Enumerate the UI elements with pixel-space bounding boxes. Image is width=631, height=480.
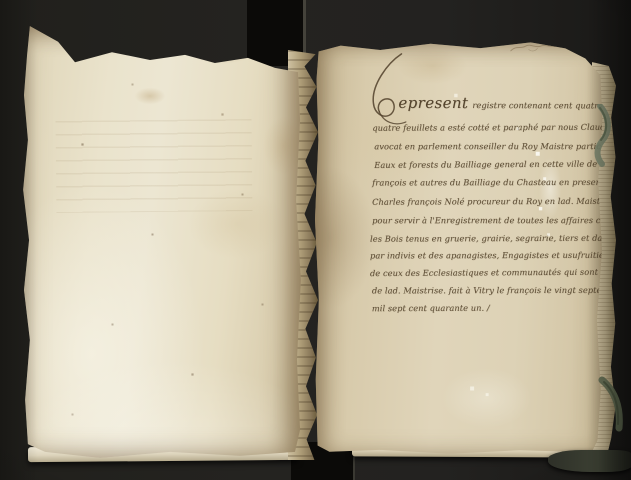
initial-L-flourish xyxy=(360,50,406,134)
manuscript-line: les Bois tenus en gruerie, grairie, segr… xyxy=(370,233,631,244)
left-blank-flyleaf xyxy=(22,24,304,458)
opening-word: epresent xyxy=(398,94,468,112)
scanned-register-spread: epresentregistre contenant cent quatre v… xyxy=(0,0,631,480)
manuscript-line: françois et autres du Bailliage du Chast… xyxy=(372,177,631,188)
manuscript-line: mil sept cent quarante un. / xyxy=(372,303,490,314)
binding-ties-corner-mass xyxy=(548,450,631,472)
manuscript-line: Charles françois Nolé procureur du Roy e… xyxy=(372,196,631,207)
binding-tie-ribbon-upper xyxy=(586,104,618,168)
manuscript-line: de ceux des Ecclesiastiques et communaut… xyxy=(370,266,631,278)
right-manuscript-page: epresentregistre contenant cent quatre v… xyxy=(311,38,602,459)
foxing-speckles xyxy=(22,24,23,25)
manuscript-line: pour servir à l'Enregistrement de toutes… xyxy=(372,215,631,225)
manuscript-line: par indivis et des apanagistes, Engagist… xyxy=(370,250,623,261)
cradle-edge-line-top xyxy=(303,0,306,60)
ink-showthrough-lines xyxy=(56,119,253,213)
paper-white-flecks xyxy=(313,38,314,39)
manuscript-line: de lad. Maistrise. fait à Vitry le franç… xyxy=(372,285,624,296)
corner-paraph-annotation xyxy=(509,40,579,56)
binding-tie-ribbon-lower xyxy=(598,376,631,432)
